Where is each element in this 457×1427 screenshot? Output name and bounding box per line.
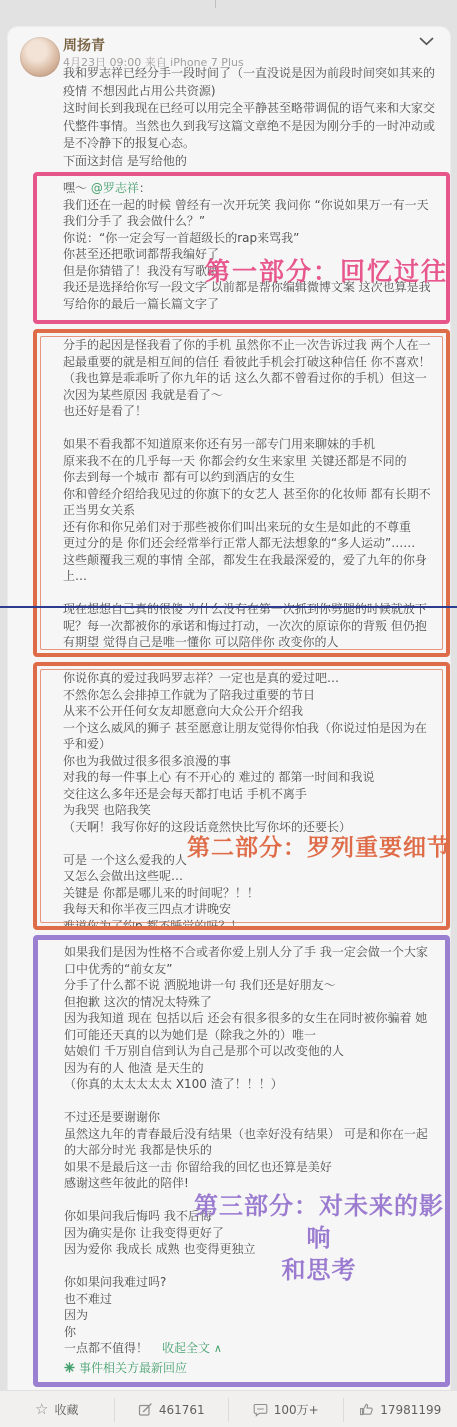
weibo-post-page: 周扬青 4月23日 09:00 来自 iPhone 7 Plus 我和罗志祥已经… (0, 0, 457, 1427)
repost-button[interactable]: 461761 (114, 1398, 229, 1422)
favorite-label: 收藏 (54, 1401, 78, 1418)
post-intro-text: 我和罗志祥已经分手一段时间了（一直没说是因为前段时间突如其来的疫情 不想因此占用… (63, 65, 436, 170)
favorite-button[interactable]: ☆ 收藏 (0, 1398, 114, 1422)
collapse-label: 收起全文 (162, 1341, 210, 1355)
comment-count: 100万+ (274, 1401, 319, 1418)
comment-button[interactable]: 100万+ (228, 1398, 343, 1422)
greeting-suffix: ： (139, 181, 151, 195)
like-count: 17981199 (380, 1403, 441, 1417)
chevron-up-icon: ∧ (214, 1342, 222, 1355)
like-button[interactable]: 17981199 (343, 1398, 457, 1422)
part1-annotation: 第一部分：回忆过往 (205, 252, 448, 288)
chevron-down-icon[interactable] (419, 31, 434, 50)
mention-link[interactable]: @罗志祥 (91, 181, 139, 195)
username[interactable]: 周扬青 (63, 35, 105, 55)
avatar[interactable] (20, 37, 60, 77)
repost-count: 461761 (159, 1403, 205, 1417)
part2b-text: 你说你真的爱过我吗罗志祥？一定也是真的爱过吧… 不然你怎么会排掉工作就为了陪我过… (37, 666, 446, 930)
repost-icon (138, 1402, 153, 1417)
part2-annotation: 第二部分：罗列重要细节 (187, 829, 450, 862)
post-meta: 4月23日 09:00 来自 iPhone 7 Plus (63, 54, 244, 70)
collapse-full-text-link[interactable]: 收起全文 ∧ (162, 1341, 222, 1355)
part2a-text: 分手的起因是怪我看了你的手机 虽然你不止一次告诉过我 两个人在一起最重要的就是相… (37, 333, 446, 651)
action-bar: ☆ 收藏 461761 100万+ 17981199 (0, 1390, 457, 1427)
greeting-prefix: 嘿～ (63, 181, 91, 195)
final-words: 一点都不值得！ (64, 1341, 148, 1355)
screenshot-artifact-line (215, 0, 216, 8)
part3-highlight-box: 如果我们是因为性格不合或者你爱上别人分了手 我一定会做一个大家口中优秀的“前女友… (33, 935, 450, 1387)
related-label: 事件相关方最新回应 (79, 1360, 187, 1377)
part1-highlight-box: 嘿～ @罗志祥： 我们还在一起的时候 曾经有一次开玩笑 我问你 “你说如果万一有… (33, 172, 450, 324)
part2-highlight-box-b: 你说你真的爱过我吗罗志祥？一定也是真的爱过吧… 不然你怎么会排掉工作就为了陪我过… (33, 662, 450, 930)
final-line: 一点都不值得！收起全文 ∧ (64, 1340, 435, 1358)
comment-icon (253, 1402, 268, 1417)
part3-annotation-line2: 和思考 (182, 1254, 450, 1286)
sparkle-icon (64, 1362, 75, 1373)
post-card: 周扬青 4月23日 09:00 来自 iPhone 7 Plus 我和罗志祥已经… (8, 27, 450, 1390)
star-icon: ☆ (35, 1402, 48, 1417)
thumbs-up-icon (359, 1402, 374, 1417)
part3-annotation-line1: 第三部分：对未来的影响 (182, 1190, 450, 1254)
part3-annotation: 第三部分：对未来的影响 和思考 (182, 1190, 450, 1286)
related-response-link[interactable]: 事件相关方最新回应 (64, 1360, 435, 1377)
greeting-line: 嘿～ @罗志祥： (63, 180, 436, 197)
divider-artifact-line (0, 606, 457, 608)
